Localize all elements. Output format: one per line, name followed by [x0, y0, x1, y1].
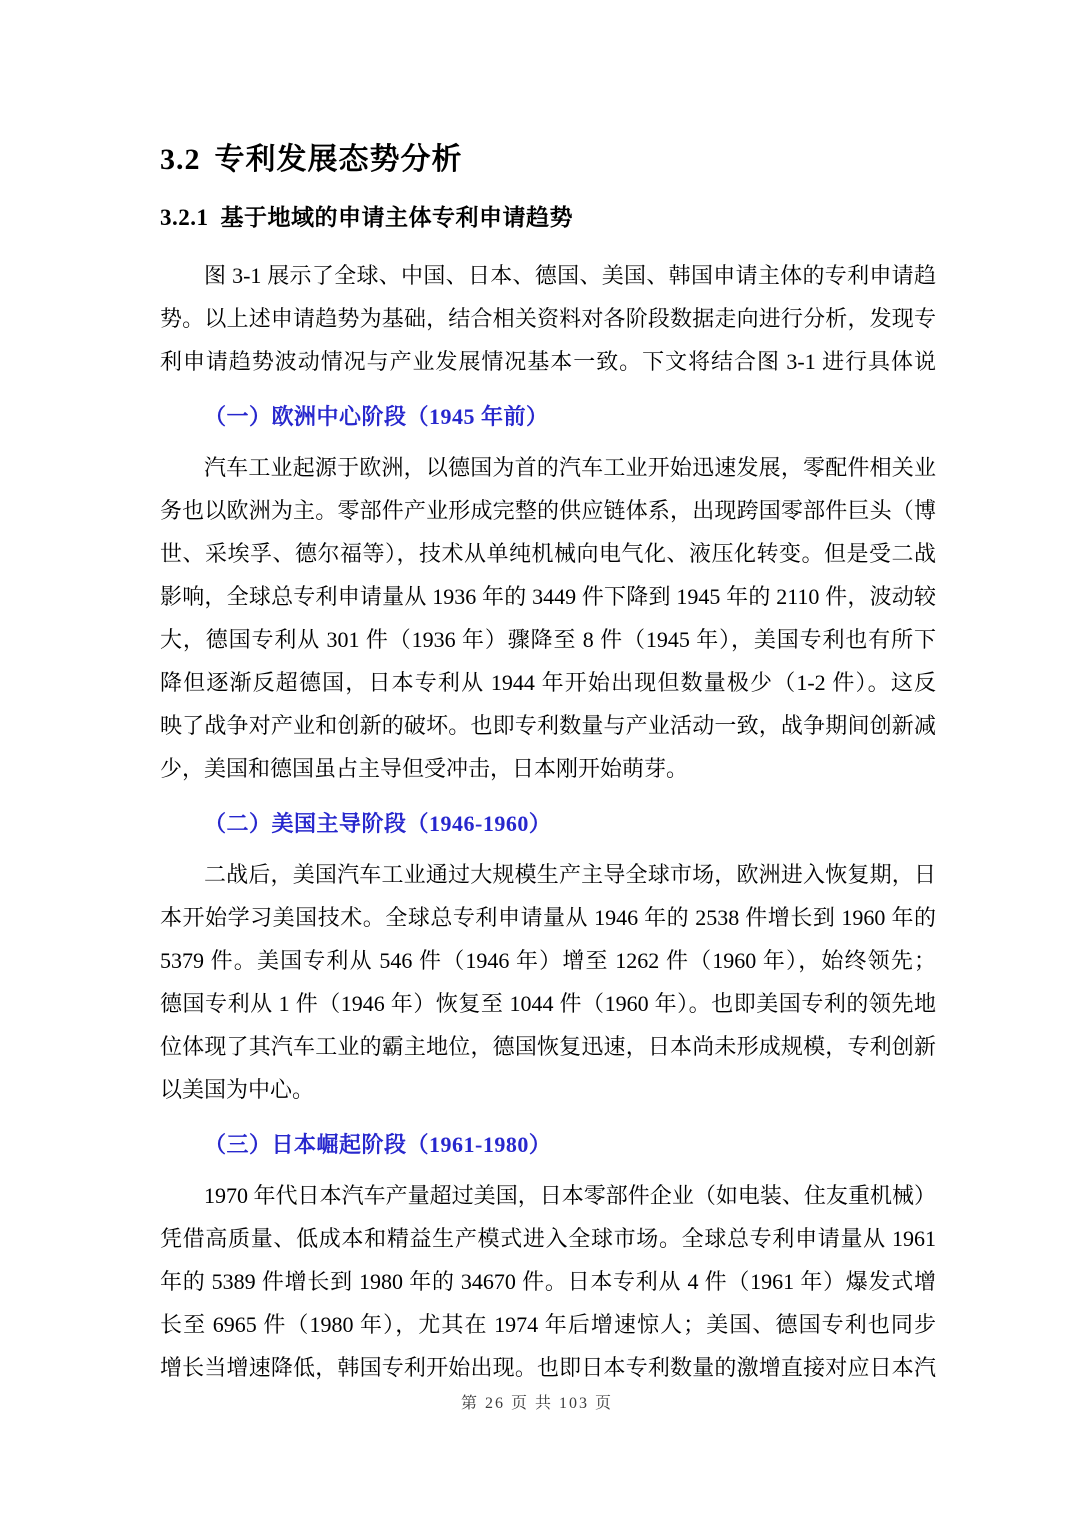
text-line: 位体现了其汽车工业的霸主地位，德国恢复迅速，日本尚未形成规模，专利创新 [160, 1025, 936, 1068]
stage-1-paragraph: 汽车工业起源于欧洲，以德国为首的汽车工业开始迅速发展，零配件相关业务也以欧洲为主… [160, 446, 936, 790]
text-line: 务也以欧洲为主。零部件产业形成完整的供应链体系，出现跨国零部件巨头（博 [160, 489, 936, 532]
text-line: 凭借高质量、低成本和精益生产模式进入全球市场。全球总专利申请量从 1961 [160, 1217, 936, 1260]
text-line: 5379 件。美国专利从 546 件（1946 年）增至 1262 件（1960… [160, 939, 936, 982]
text-line: 本开始学习美国技术。全球总专利申请量从 1946 年的 2538 件增长到 19… [160, 896, 936, 939]
text-line: 增长当增速降低，韩国专利开始出现。也即日本专利数量的激增直接对应日本汽 [160, 1346, 936, 1389]
page-footer: 第 26 页 共 103 页 [0, 1392, 1074, 1416]
intro-paragraph: 图 3-1 展示了全球、中国、日本、德国、美国、韩国申请主体的专利申请趋势。以上… [160, 254, 936, 383]
text-line: 映了战争对产业和创新的破坏。也即专利数量与产业活动一致，战争期间创新减 [160, 704, 936, 747]
text-line: 世、采埃孚、德尔福等），技术从单纯机械向电气化、液压化转变。但是受二战 [160, 532, 936, 575]
text-line: 德国专利从 1 件（1946 年）恢复至 1044 件（1960 年）。也即美国… [160, 982, 936, 1025]
stage-3-paragraph: 1970 年代日本汽车产量超过美国，日本零部件企业（如电装、住友重机械）凭借高质… [160, 1174, 936, 1389]
stage-japan: （三）日本崛起阶段（1961-1980） 1970 年代日本汽车产量超过美国，日… [160, 1123, 936, 1389]
stage-2-heading: （二）美国主导阶段（1946-1960） [160, 802, 936, 845]
stage-1-heading: （一）欧洲中心阶段（1945 年前） [160, 395, 936, 438]
stage-3-heading: （三）日本崛起阶段（1961-1980） [160, 1123, 936, 1166]
subsection-title: 基于地域的申请主体专利申请趋势 [221, 205, 574, 230]
text-line: 势。以上述申请趋势为基础，结合相关资料对各阶段数据走向进行分析，发现专 [160, 297, 936, 340]
text-line: 以美国为中心。 [160, 1068, 936, 1111]
text-line: 利申请趋势波动情况与产业发展情况基本一致。下文将结合图 3-1 进行具体说明。 [160, 340, 936, 383]
section-number: 3.2 [160, 143, 201, 176]
text-line: 年的 5389 件增长到 1980 年的 34670 件。日本专利从 4 件（1… [160, 1260, 936, 1303]
text-line: 1970 年代日本汽车产量超过美国，日本零部件企业（如电装、住友重机械） [160, 1174, 936, 1217]
stage-2-paragraph: 二战后，美国汽车工业通过大规模生产主导全球市场，欧洲进入恢复期，日本开始学习美国… [160, 853, 936, 1111]
text-line: 图 3-1 展示了全球、中国、日本、德国、美国、韩国申请主体的专利申请趋 [160, 254, 936, 297]
text-line: 二战后，美国汽车工业通过大规模生产主导全球市场，欧洲进入恢复期，日 [160, 853, 936, 896]
stage-usa: （二）美国主导阶段（1946-1960） 二战后，美国汽车工业通过大规模生产主导… [160, 802, 936, 1111]
text-line: 大，德国专利从 301 件（1936 年）骤降至 8 件（1945 年），美国专… [160, 618, 936, 661]
document-page: 3.2专利发展态势分析 3.2.1基于地域的申请主体专利申请趋势 图 3-1 展… [0, 0, 1074, 1520]
section-title: 专利发展态势分析 [215, 143, 463, 176]
subsection-number: 3.2.1 [160, 205, 209, 230]
text-line: 降但逐渐反超德国，日本专利从 1944 年开始出现但数量极少（1-2 件）。这反 [160, 661, 936, 704]
subsection-heading: 3.2.1基于地域的申请主体专利申请趋势 [160, 202, 936, 234]
text-line: 长至 6965 件（1980 年），尤其在 1974 年后增速惊人；美国、德国专… [160, 1303, 936, 1346]
section-heading: 3.2专利发展态势分析 [160, 140, 936, 180]
stage-europe: （一）欧洲中心阶段（1945 年前） 汽车工业起源于欧洲，以德国为首的汽车工业开… [160, 395, 936, 790]
text-line: 影响，全球总专利申请量从 1936 年的 3449 件下降到 1945 年的 2… [160, 575, 936, 618]
text-line: 少，美国和德国虽占主导但受冲击，日本刚开始萌芽。 [160, 747, 936, 790]
text-line: 汽车工业起源于欧洲，以德国为首的汽车工业开始迅速发展，零配件相关业 [160, 446, 936, 489]
